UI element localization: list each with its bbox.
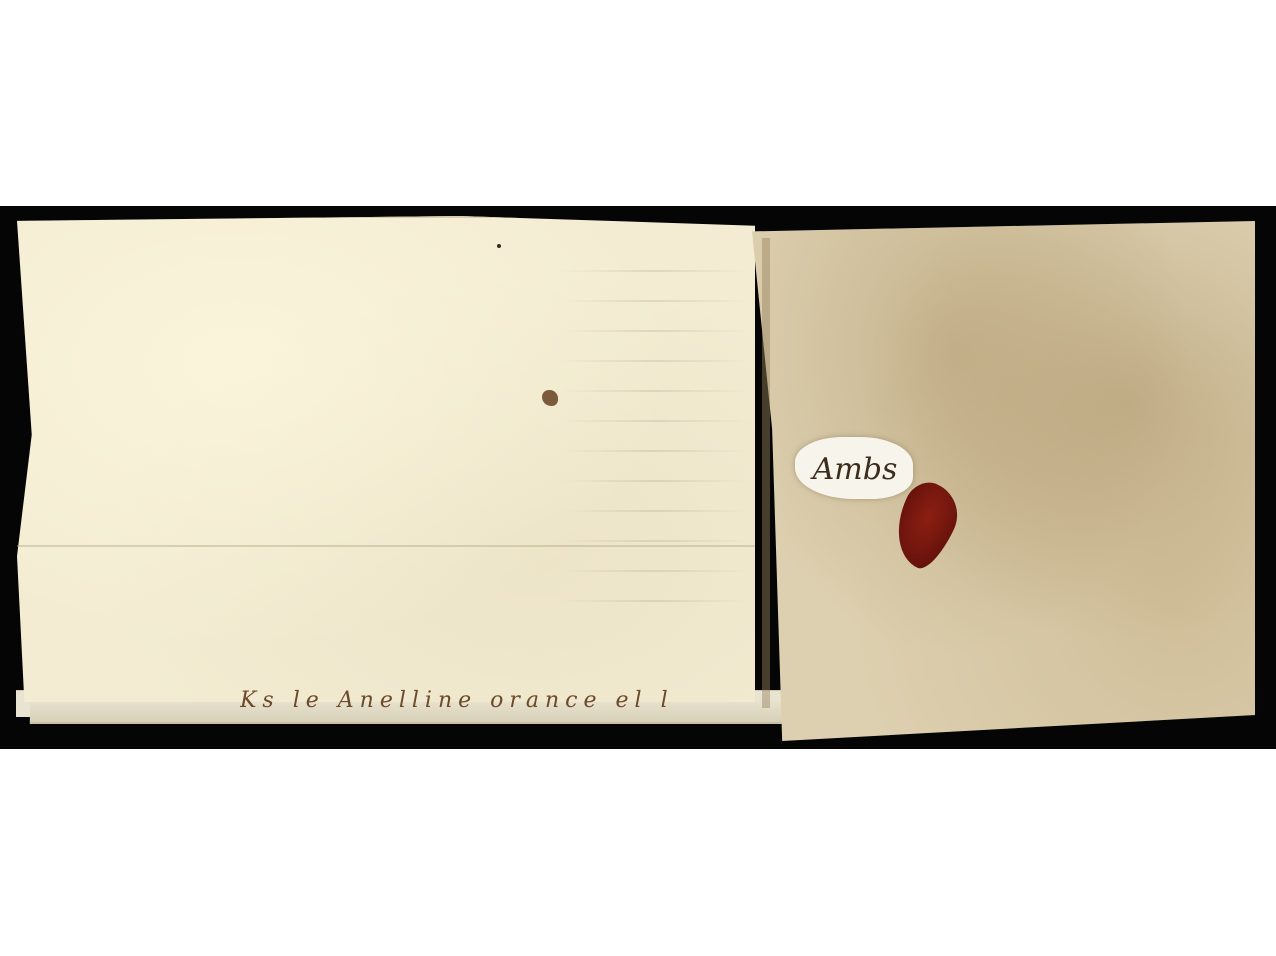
ink-stain — [542, 390, 558, 406]
flap-fold-edge — [762, 238, 770, 708]
address-fragment: Ambs — [800, 448, 910, 492]
show-through-writing — [560, 270, 750, 650]
handwritten-line-fragment: Ks le Anelline orance el l — [240, 688, 780, 714]
ink-dot — [497, 244, 501, 248]
